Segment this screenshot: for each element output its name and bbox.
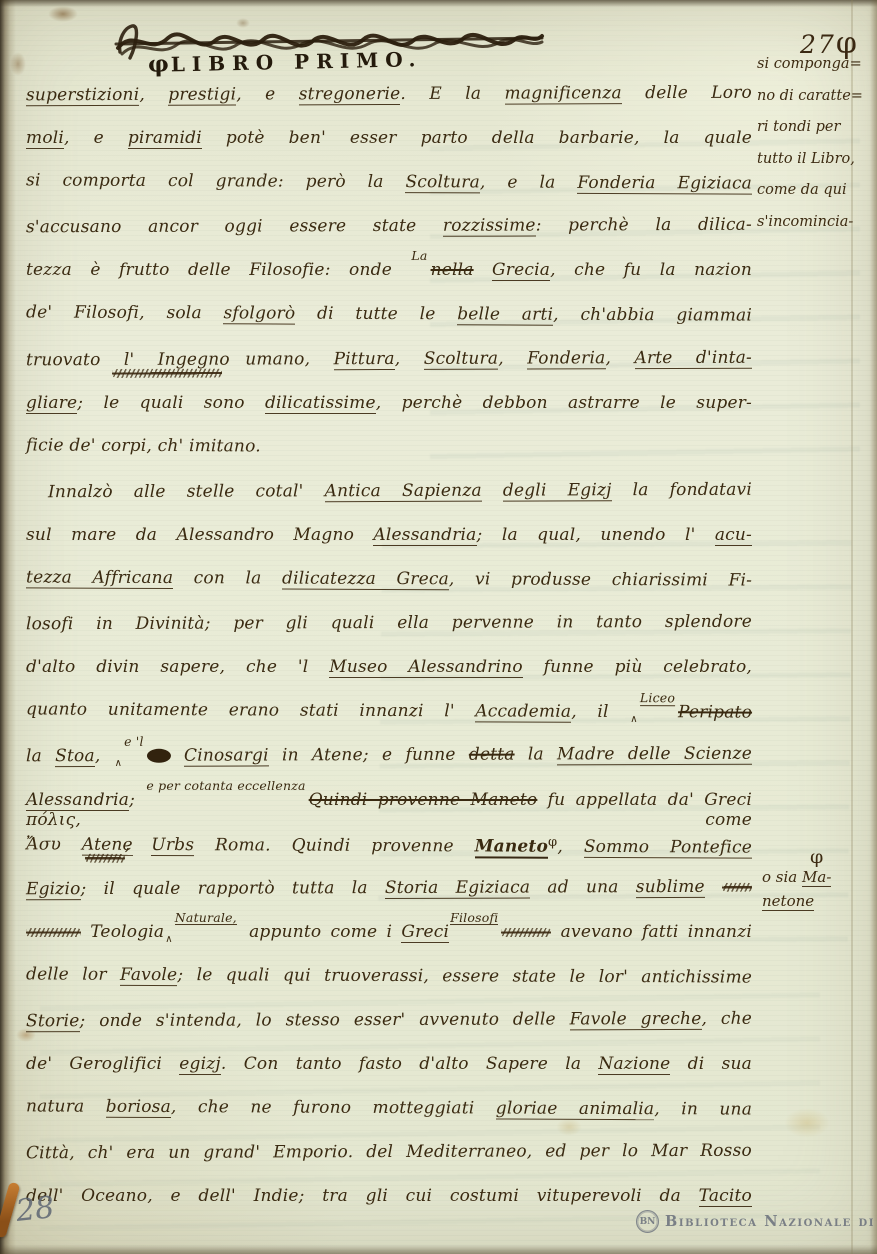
manuscript-line: moli, e piramidi potè ben' esser parto d… [26,128,752,172]
text-segment: sublime [636,877,705,898]
text-segment: sul mare da Alessandro Magno [26,525,373,545]
text-segment: ; [129,790,145,810]
text-segment: losofi in Divinità; per gli quali ella p… [26,612,752,635]
text-segment: Stoa [55,746,95,767]
manuscript-line: losofi in Divinità; per gli quali ella p… [26,612,752,659]
library-watermark-text: Biblioteca Nazionale di Napoli [665,1213,877,1230]
pencil-folio-number: 28 [14,1190,56,1229]
chapter-title: φLIBRO PRIMO. [148,45,423,78]
text-segment: umano, [222,349,334,369]
manuscript-line: gliare; le quali sono dilicatissime, per… [26,393,752,437]
text-segment: Fonderia Egiziaca [577,173,752,195]
text-segment: Favole [120,965,177,986]
stain [784,1108,830,1138]
text-segment: , il [571,702,629,722]
margin-note-line: tutto il Libro, [757,151,875,183]
manuscript-line: Alessandria; e per cotanta eccellenzaQui… [26,790,752,834]
text-segment: Liceo [640,692,675,706]
text-segment: , [139,85,168,105]
text-segment: Ma- [802,868,831,887]
text-segment: Roma. Quindi provenne [194,835,475,856]
text-segment: appunto come i [240,922,402,942]
text-segment: potè ben' esser parto della barbarie, la… [202,128,752,148]
stain [10,52,26,76]
text-segment: Teologia [81,922,164,942]
text-segment: tezza Affricana [26,567,173,589]
stain [48,6,78,22]
text-segment: ficie de' corpi, ch' imitano. [26,435,261,456]
text-segment: rozzissime [443,216,536,237]
margin-note-line: ri tondi per [757,119,875,151]
text-segment: la [26,747,55,767]
text-segment: prestigi [168,85,236,106]
text-segment [482,480,503,500]
binding-edge [0,0,16,1254]
manuscript-line: de' Filosofi, sola sfolgorò di tutte le … [26,303,752,350]
text-segment: , e [236,84,299,104]
text-segment: , ch'abbia giammai [553,305,752,326]
text-segment: magnificenza [504,83,621,104]
manuscript-page: φLIBRO PRIMO. 27φ si componga=no di cara… [0,0,877,1254]
text-segment: e 'l [124,736,144,749]
page-edge-top [0,0,877,7]
text-segment: sfolgorò [223,304,295,325]
text-segment: dilicatezza Greca [282,569,449,591]
margin-note-line: s'incomincia- [757,214,875,246]
manuscript-line: ficie de' corpi, ch' imitano. [26,435,752,482]
text-segment: . Con tanto fasto d'alto Sapere la [221,1054,599,1074]
text-segment: Cinosargi [184,746,269,767]
text-segment: funne più celebrato, [523,657,752,677]
margin-note-line: netone [762,892,872,916]
text-segment: Alessandria [373,525,476,546]
text-segment: Pittura [334,349,395,370]
manuscript-line: tezza Affricana con la dilicatezza Greca… [26,567,752,614]
manuscript-line: Città, ch' era un grand' Emporio. del Me… [26,1141,752,1188]
text-segment: Quindi provenne Maneto [309,790,538,810]
text-segment: si comporta col grande: però la [26,171,406,193]
manuscript-line: Innalzò alle stelle cotal' Antica Sapien… [26,480,752,527]
manuscript-line: natura boriosa, che ne furono motteggiat… [26,1097,752,1144]
text-segment: netone [762,892,814,911]
text-segment: Scoltura [405,172,480,193]
text-segment: Urbs [151,835,194,856]
text-segment: Alessandria [26,790,129,811]
ink-scribble [722,882,752,891]
text-segment: , [95,746,114,766]
text-segment: ; le quali qui truoverassi, essere state… [177,965,752,988]
chapter-title-text: LIBRO PRIMO. [171,47,423,76]
text-segment: Scoltura [424,348,499,369]
text-segment: ; le quali sono [77,393,265,413]
manuscript-line: delle lor Favole; le quali qui truoveras… [26,964,752,1011]
text-segment: Madre delle Scienze [557,744,752,766]
margin-note-instruction: si componga=no di caratte=ri tondi pertu… [757,56,875,245]
text-segment: φ [548,834,557,849]
text-segment: Innalzò alle stelle cotal' [48,481,325,502]
text-segment: superstizioni [26,85,139,106]
text-segment: ∧ [165,934,173,945]
text-segment: . E la [400,84,504,104]
manuscript-line: de' Geroglifici egizj. Con tanto fasto d… [26,1054,752,1098]
text-segment: di sua [670,1054,752,1074]
manuscript-line: Ἄσυ Atene, Urbs Roma. Quindi provenne Ma… [26,832,752,879]
text-segment: dell' Oceano, e dell' Indie; tra gli cui… [26,1186,699,1206]
ink-scribble [112,368,222,377]
text-segment: ; il quale rapportò tutta la [80,878,384,899]
manuscript-line: Teologia∧Naturale, appunto come i GreciF… [26,922,752,966]
text-segment: , che ne furono motteggiati [171,1097,496,1118]
text-segment: ; onde s'intenda, lo stesso esser' avven… [79,1009,569,1031]
manuscript-line: si comporta col grande: però la Scoltura… [26,171,752,218]
manuscript-line: superstizioni, prestigi, e stregonerie. … [26,83,752,130]
text-segment: nella [431,260,474,280]
text-segment: , che [701,1009,752,1029]
text-segment [705,877,722,897]
margin-note-line: o sia Ma- [762,868,872,892]
manuscript-body: superstizioni, prestigi, e stregonerie. … [26,84,752,1230]
text-segment: , [125,834,152,854]
text-segment: Favole greche [570,1009,702,1030]
text-segment: stregonerie [299,84,401,105]
page-edge-bottom [0,1245,877,1254]
text-segment: Egizio [26,879,81,900]
text-segment: Maneto [475,836,549,858]
text-segment: la fondatavi [612,480,752,500]
manuscript-line: truovato l' Ingegno umano, Pittura, Scol… [26,347,752,394]
text-segment: ∧ [115,758,123,769]
text-segment: de' Filosofi, sola [26,303,224,324]
text-segment: gloriae animalia [496,1099,655,1121]
text-segment: Naturale, [175,912,237,926]
text-segment: belle arti [457,305,553,326]
text-segment: o sia [762,868,802,886]
text-segment: Accademia [475,702,571,723]
text-segment: d'alto divin sapere, che 'l [26,657,329,677]
manuscript-line: sul mare da Alessandro Magno Alessandria… [26,525,752,569]
text-segment: moli [26,128,64,149]
text-segment [171,746,184,766]
text-segment: boriosa [106,1097,171,1118]
margin-note-manetone: φ o sia Ma-netone [762,846,872,916]
text-segment: degli Egizj [503,480,612,501]
text-segment: , vi produsse chiarissimi Fi- [449,569,752,590]
text-segment: di tutte le [295,304,457,325]
manuscript-line: tezza è frutto delle Filosofie: onde Lan… [26,260,752,304]
text-segment: ; la qual, unendo l' [477,525,715,545]
text-segment: gliare [26,393,77,414]
text-segment: La [411,250,427,263]
text-segment: Peripato [678,703,752,723]
text-segment: natura [26,1097,106,1117]
text-segment: truovato l' Ingegno [26,349,230,370]
text-segment: quanto unitamente erano stati innanzi l' [26,700,475,722]
ink-scribble [85,853,125,862]
text-segment: , e [64,128,128,148]
text-segment [474,260,492,280]
text-segment: e per cotanta eccellenza [146,780,305,793]
text-segment: s'accusano ancor oggi essere state [26,216,443,237]
text-segment: Filosofi [450,912,498,926]
text-segment: , [395,348,424,368]
margin-note-line: si componga= [757,56,875,88]
text-segment: avevano fatti innanzi [551,922,752,942]
text-segment: Antica Sapienza [325,481,482,503]
text-segment: Storia Egiziaca [385,877,530,899]
library-monogram: BN [640,1217,656,1227]
text-segment: , [498,348,527,368]
library-logo-icon: BN [636,1210,659,1233]
manetone-ref-mark: φ [810,846,872,868]
text-segment: , [557,836,584,856]
margin-note-lines: o sia Ma-netone [762,868,872,916]
text-segment: delle lor [26,964,120,984]
text-segment: Ἄσυ [26,834,82,854]
text-segment: Grecia [492,260,550,281]
manuscript-line: Egizio; il quale rapportò tutta la Stori… [26,876,752,923]
text-segment: con la [173,568,282,588]
folio-number-text: 27 [800,30,836,59]
text-segment: ad una [530,877,636,897]
text-segment: Museo Alessandrino [329,657,523,678]
margin-note-line: come da qui [757,182,875,214]
text-segment: dilicatissime [265,393,376,414]
margin-note-line: no di caratte= [757,88,875,120]
manuscript-line: s'accusano ancor oggi essere state rozzi… [26,215,752,262]
ink-scribble [501,928,551,937]
text-segment: Città, ch' era un grand' Emporio. del Me… [26,1141,752,1164]
text-segment: in Atene; e funne [269,745,469,766]
text-segment: acu- [715,525,752,546]
text-segment: : perchè la dilica- [536,215,752,236]
text-segment: , che fu la nazion [550,260,752,280]
text-segment: , perchè debbon astrarre le super- [376,393,752,413]
text-segment: delle Loro [622,83,752,103]
text-segment: egizj [179,1054,221,1075]
margin-note-lines: si componga=no di caratte=ri tondi pertu… [757,56,875,245]
text-segment: Greci [401,922,449,943]
text-segment: Nazione [598,1054,670,1075]
text-segment: Fonderia [527,348,605,369]
text-segment: , e la [480,173,578,193]
library-watermark: BN Biblioteca Nazionale di Napoli [636,1210,877,1233]
text-segment: Sommo Pontefice [584,836,752,858]
text-segment: Arte d'inta- [634,347,752,368]
text-segment: , [605,348,634,368]
ink-scribble [26,928,81,937]
text-segment: de' Geroglifici [26,1054,179,1074]
text-segment: , in una [654,1099,752,1119]
text-segment: piramidi [128,128,202,149]
ink-blot [147,749,171,763]
text-segment: ∧ [630,714,638,725]
manuscript-line: la Stoa, ∧e 'l Cinosargi in Atene; e fun… [26,744,752,791]
text-segment: Storie [26,1011,80,1032]
text-segment: Tacito [699,1186,752,1207]
text-segment: detta [469,745,515,765]
text-segment: la [515,745,557,765]
manuscript-line: Storie; onde s'intenda, lo stesso esser'… [26,1009,752,1056]
title-ref-mark: φ [148,50,171,77]
text-segment: tezza è frutto delle Filosofie: onde [26,260,410,280]
